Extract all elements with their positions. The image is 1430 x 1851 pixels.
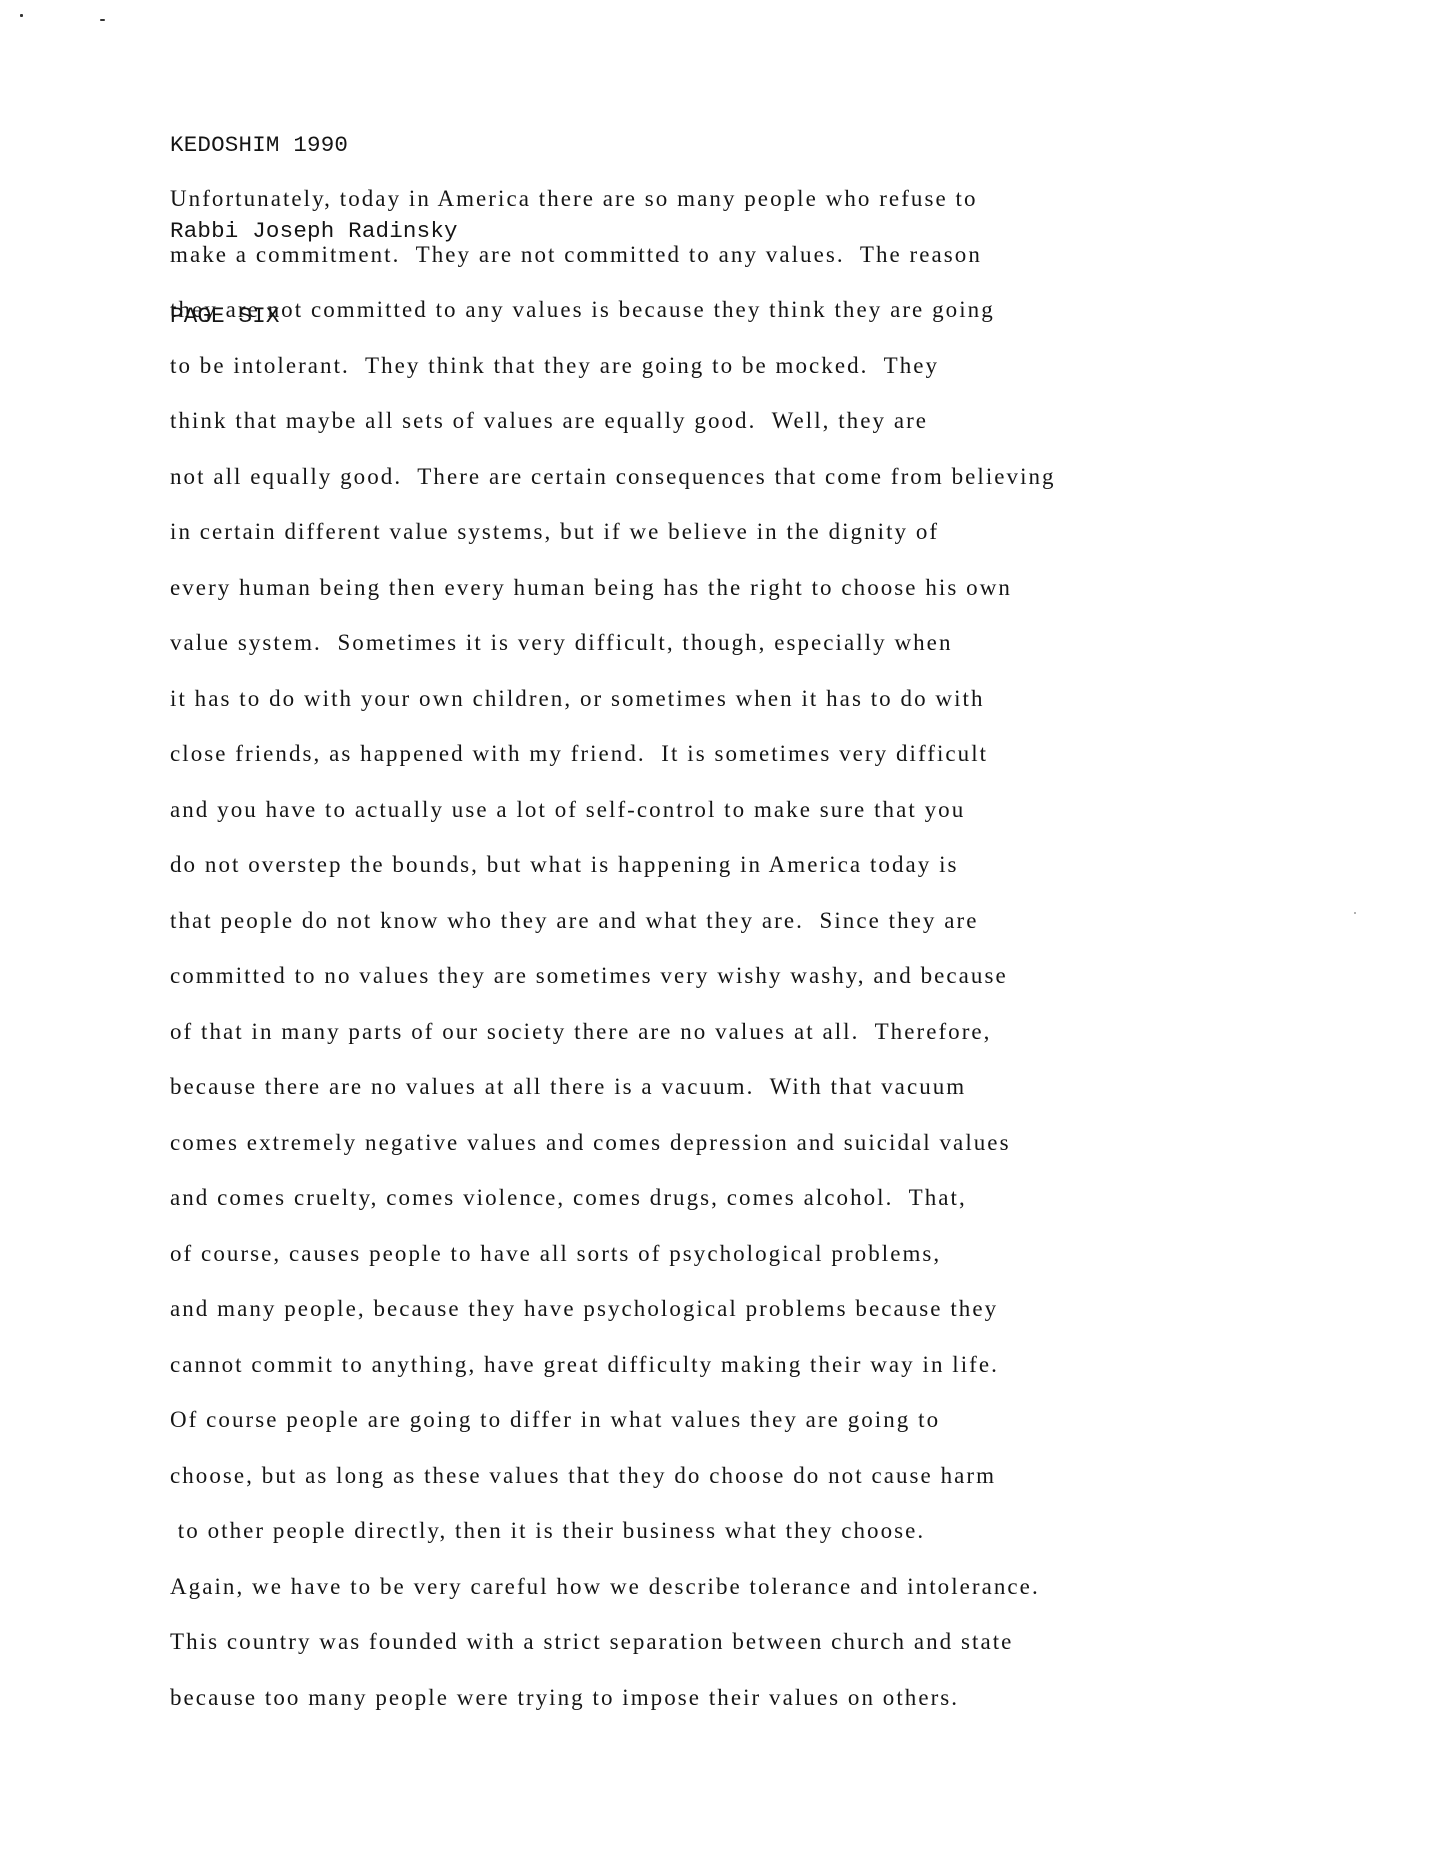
text-line: every human being then every human being… — [170, 573, 1012, 603]
text-line: and comes cruelty, comes violence, comes… — [170, 1183, 967, 1213]
scan-speck — [20, 14, 23, 17]
text-line: close friends, as happened with my frien… — [170, 739, 988, 769]
text-line: choose, but as long as these values that… — [170, 1461, 996, 1491]
document-page: KEDOSHIM 1990 Rabbi Joseph Radinsky PAGE… — [0, 0, 1430, 1851]
text-line: in certain different value systems, but … — [170, 517, 939, 547]
text-line: cannot commit to anything, have great di… — [170, 1350, 999, 1380]
scan-speck — [100, 19, 105, 21]
text-line: think that maybe all sets of values are … — [170, 406, 928, 436]
text-line: committed to no values they are sometime… — [170, 961, 1008, 991]
text-line: do not overstep the bounds, but what is … — [170, 850, 959, 880]
text-line: because there are no values at all there… — [170, 1072, 966, 1102]
page-header: KEDOSHIM 1990 Rabbi Joseph Radinsky PAGE… — [170, 74, 458, 388]
text-line: to be intolerant. They think that they a… — [170, 351, 939, 381]
document-title: KEDOSHIM 1990 — [170, 131, 458, 160]
text-line: comes extremely negative values and come… — [170, 1128, 1011, 1158]
text-line: and many people, because they have psych… — [170, 1294, 998, 1324]
text-line: because too many people were trying to i… — [170, 1683, 959, 1713]
text-line: Of course people are going to differ in … — [170, 1405, 940, 1435]
text-line: Unfortunately, today in America there ar… — [170, 184, 978, 214]
text-line: value system. Sometimes it is very diffi… — [170, 628, 953, 658]
text-line: it has to do with your own children, or … — [170, 684, 985, 714]
text-line: make a commitment. They are not committe… — [170, 240, 982, 270]
text-line: of that in many parts of our society the… — [170, 1017, 992, 1047]
text-line: not all equally good. There are certain … — [170, 462, 1056, 492]
text-line: of course, causes people to have all sor… — [170, 1239, 941, 1269]
text-line: This country was founded with a strict s… — [170, 1627, 1013, 1657]
scan-speck — [1354, 912, 1356, 914]
text-line: they are not committed to any values is … — [170, 295, 995, 325]
text-line: to other people directly, then it is the… — [170, 1516, 925, 1546]
text-line: that people do not know who they are and… — [170, 906, 979, 936]
text-line: and you have to actually use a lot of se… — [170, 795, 965, 825]
text-line: Again, we have to be very careful how we… — [170, 1572, 1040, 1602]
